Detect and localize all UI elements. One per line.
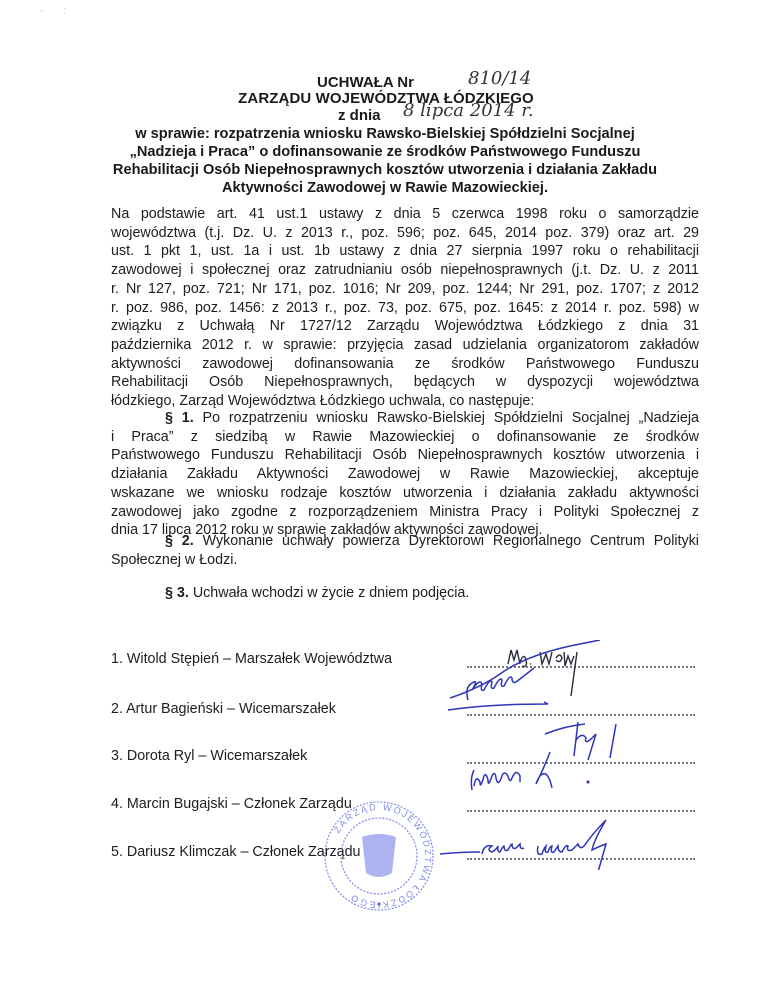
subject-line: „Nadzieja i Praca” o dofinansowanie ze ś… [90,143,680,161]
preamble-line: Na podstawie art. 41 ust.1 ustawy z dnia… [111,205,699,224]
preamble-paragraph: Na podstawie art. 41 ust.1 ustawy z dnia… [111,205,699,411]
section-line: § 1. Po rozpatrzeniu wniosku Rawsko-Biel… [111,409,699,428]
date-label: z dnia [338,107,381,124]
scan-artifact: ‧‧ [40,8,44,15]
section-1: § 1. Po rozpatrzeniu wniosku Rawsko-Biel… [111,409,699,540]
section-line: działania Zakładu Aktywności Zawodowej w… [111,465,699,484]
signature-3 [545,722,616,760]
section-line: Społecznej w Łodzi. [111,551,699,570]
subject-line: Aktywności Zawodowej w Rawie Mazowieckie… [90,179,680,197]
section-line: i Praca” z siedzibą w Rawie Mazowieckiej… [111,428,699,447]
section-line: wskazane we wniosku rodzaje kosztów utwo… [111,484,699,503]
preamble-line: łódzkiego, Zarząd Województwa Łódzkiego … [111,392,699,411]
preamble-line: r. poz. 986, poz. 1456: z 2013 r., poz. … [111,299,699,318]
signature-4 [471,752,588,790]
issuer-heading: ZARZĄDU WOJEWÓDZTWA ŁÓDZKIEGO [2,90,768,107]
preamble-line: Rehabilitacji Osób Niepełnosprawnych, bę… [111,373,699,392]
scan-artifact: ‧‧ [64,8,66,16]
signature-5 [440,820,606,870]
signatory-1: 1. Witold Stępień – Marszałek Województw… [111,651,392,667]
section-number: § 1. [165,410,194,426]
signatory-3: 3. Dorota Ryl – Wicemarszałek [111,748,307,764]
section-text: Po rozpatrzeniu wniosku Rawsko-Bielskiej… [194,410,699,426]
resolution-number-handwritten: 810/14 [468,68,531,89]
preamble-line: aktywności zawodowej dofinansowania ze ś… [111,355,699,374]
signatory-2: 2. Artur Bagieński – Wicemarszałek [111,701,336,717]
svg-text:✦: ✦ [376,900,383,909]
section-2: § 2. Wykonanie uchwały powierza Dyrektor… [111,532,699,569]
section-line: § 2. Wykonanie uchwały powierza Dyrektor… [111,532,699,551]
section-3: § 3. Uchwała wchodzi w życie z dniem pod… [111,584,699,603]
official-stamp: ZARZĄD WOJEWÓDZTWA ŁÓDZKIEGO ✦ [322,797,436,915]
subject-line: w sprawie: rozpatrzenia wniosku Rawsko-B… [90,125,680,143]
section-line: Państwowego Funduszu Rehabilitacji Osób … [111,446,699,465]
resolution-title: UCHWAŁA Nr [317,74,414,91]
subject-line: Rehabilitacji Osób Niepełnosprawnych kos… [90,161,680,179]
section-text: Wykonanie uchwały powierza Dyrektorowi R… [194,533,699,549]
section-number: § 3. [165,585,189,601]
eagle-emblem-icon [362,834,396,877]
preamble-line: województwa (t.j. Dz. U. z 2013 r., poz.… [111,224,699,243]
section-line: zawodowej jako zgodne z rozporządzeniem … [111,503,699,522]
preamble-line: r. Nr 127, poz. 721; Nr 171, poz. 1016; … [111,280,699,299]
section-text: Uchwała wchodzi w życie z dniem podjęcia… [189,585,470,601]
signatory-4: 4. Marcin Bugajski – Członek Zarządu [111,796,352,812]
preamble-line: ust. 1 pkt 1, ust. 1a i ust. 1b ustawy z… [111,242,699,261]
title-label: UCHWAŁA Nr [317,74,414,91]
handwritten-signatures [440,640,680,870]
subject-block: w sprawie: rozpatrzenia wniosku Rawsko-B… [90,125,680,197]
preamble-line: zawodowej i społecznej oraz zatrudnianiu… [111,261,699,280]
signature-1 [508,650,577,696]
signature-2 [448,640,600,710]
preamble-line: związku z Uchwałą Nr 1727/12 Zarządu Woj… [111,317,699,336]
date-handwritten: 8 lipca 2014 r. [403,100,534,121]
section-line: § 3. Uchwała wchodzi w życie z dniem pod… [111,584,699,603]
preamble-line: października 2012 r. w sprawie: przyjęci… [111,336,699,355]
section-number: § 2. [165,533,194,549]
